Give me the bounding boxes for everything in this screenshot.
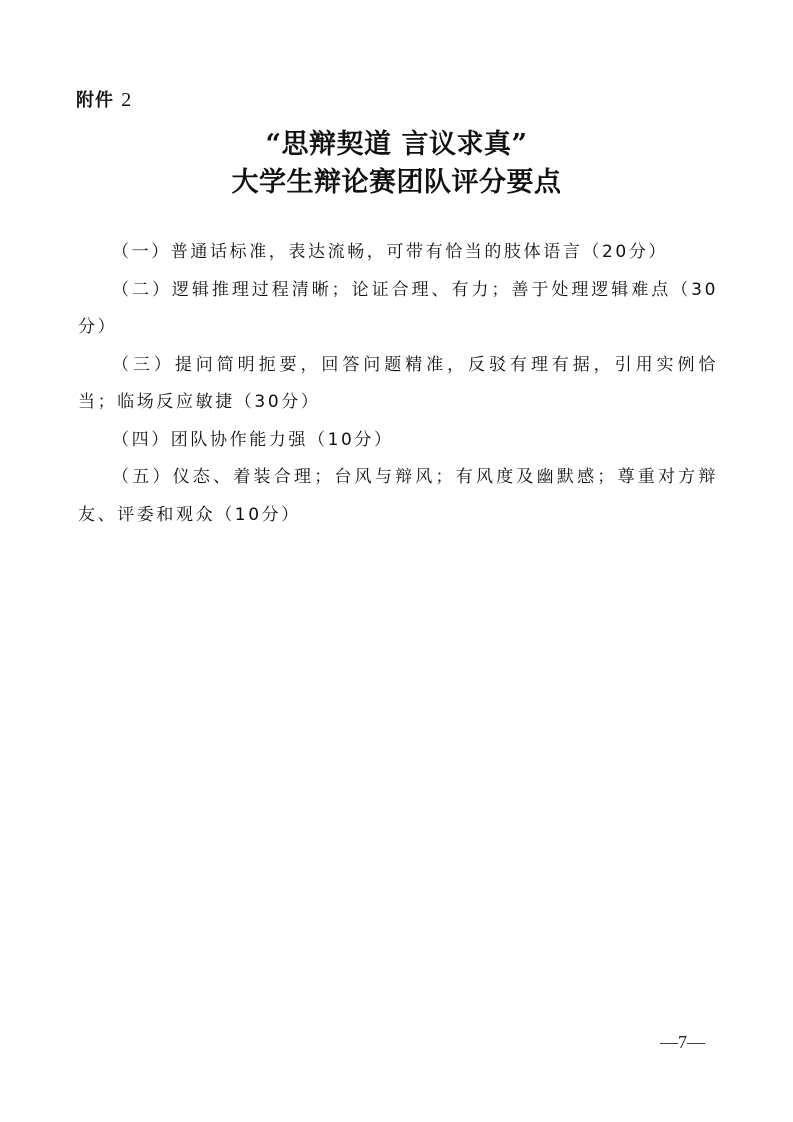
criterion-item-3: （三）提问简明扼要，回答问题精准，反驳有理有据，引用实例恰当；临场反应敏捷（30… <box>78 347 718 422</box>
criterion-item-1: （一）普通话标准，表达流畅，可带有恰当的肢体语言（20分） <box>78 234 718 272</box>
document-title-line-2: 大学生辩论赛团队评分要点 <box>0 160 793 199</box>
criterion-item-5: （五）仪态、着装合理；台风与辩风；有风度及幽默感；尊重对方辩友、评委和观众（10… <box>78 459 718 534</box>
document-title-line-1: “思辩契道 言议求真” <box>0 122 793 161</box>
annex-number: 2 <box>121 89 132 111</box>
annex-label-text: 附件 <box>76 90 114 111</box>
annex-label: 附件 2 <box>76 86 132 112</box>
scoring-criteria-list: （一）普通话标准，表达流畅，可带有恰当的肢体语言（20分） （二）逻辑推理过程清… <box>78 234 718 534</box>
criterion-item-4: （四）团队协作能力强（10分） <box>78 422 718 460</box>
page-number: —7— <box>660 1032 705 1053</box>
criterion-item-2: （二）逻辑推理过程清晰；论证合理、有力；善于处理逻辑难点（30分） <box>78 272 718 347</box>
